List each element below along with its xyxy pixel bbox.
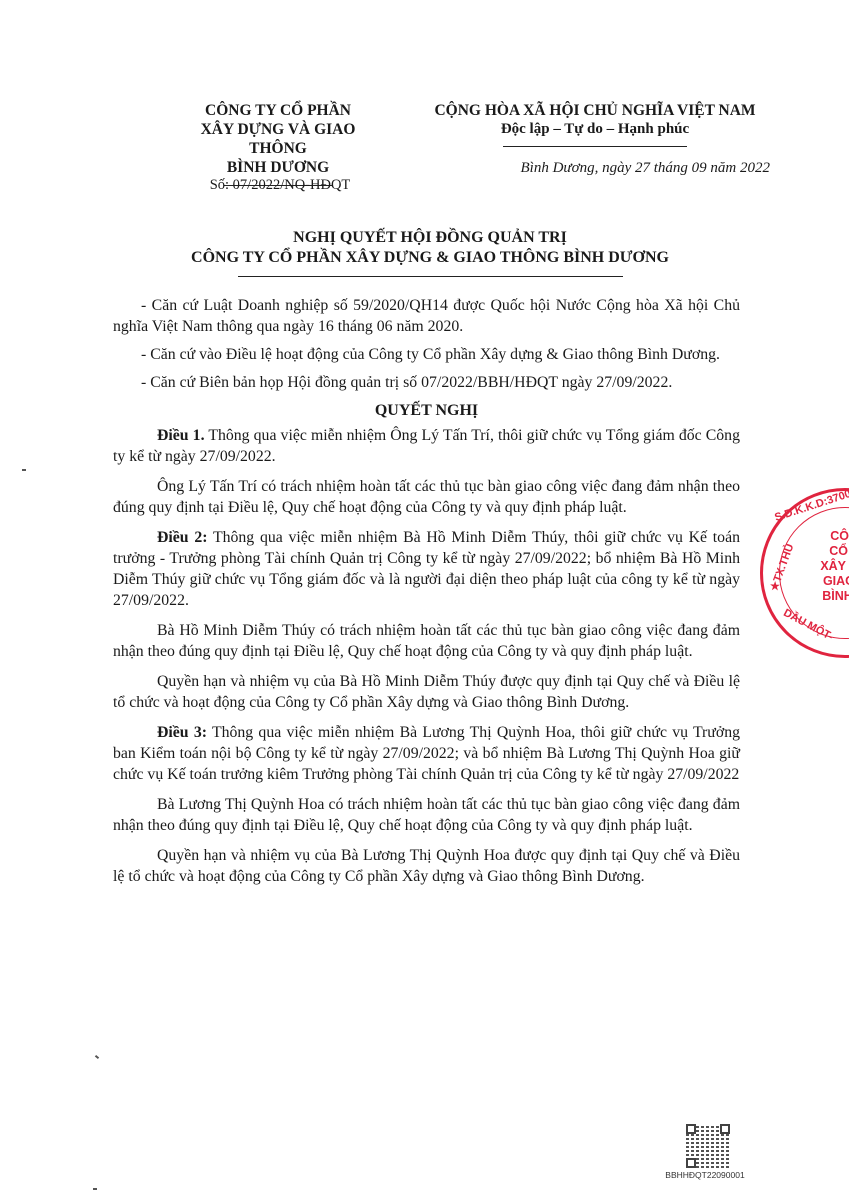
seal-center-text: CÔNG CỔ PH XÂY DỰN GIAO TH BÌNH DƯ bbox=[789, 529, 849, 604]
seal-line-3: XÂY DỰN bbox=[789, 559, 849, 574]
seal-line-5: BÌNH DƯ bbox=[789, 589, 849, 604]
article-2-paragraph-2: Quyền hạn và nhiệm vụ của Bà Hồ Minh Diễ… bbox=[113, 671, 740, 713]
company-seal: S.Đ.K.K.D:37004 ★TX.THỦ DẦU MỘT- CÔNG CỔ… bbox=[760, 488, 849, 658]
resolution-heading: QUYẾT NGHỊ bbox=[113, 400, 740, 421]
place-date: Bình Dương, ngày 27 tháng 09 năm 2022 bbox=[480, 160, 770, 177]
company-header: CÔNG TY CỔ PHẦN XÂY DỰNG VÀ GIAO THÔNG B… bbox=[178, 101, 378, 186]
title-rule bbox=[238, 276, 623, 277]
title-line-2: CÔNG TY CỔ PHẦN XÂY DỰNG & GIAO THÔNG BÌ… bbox=[100, 248, 760, 268]
article-3: Điều 3: Thông qua việc miễn nhiệm Bà Lươ… bbox=[113, 722, 740, 785]
basis-1: - Căn cứ Luật Doanh nghiệp số 59/2020/QH… bbox=[113, 295, 740, 337]
seal-line-2: CỔ PH bbox=[789, 544, 849, 559]
national-header-rule bbox=[503, 146, 687, 147]
article-1: Điều 1. Thông qua việc miễn nhiệm Ông Lý… bbox=[113, 425, 740, 467]
qr-code bbox=[686, 1124, 730, 1168]
qr-finder-bottom-left bbox=[686, 1158, 696, 1168]
scan-mark bbox=[93, 1188, 97, 1190]
basis-2: - Căn cứ vào Điều lệ hoạt động của Công … bbox=[113, 344, 740, 365]
document-title: NGHỊ QUYẾT HỘI ĐỒNG QUẢN TRỊ CÔNG TY CỔ … bbox=[100, 228, 760, 277]
document-number: Số: 07/2022/NQ-HĐQT bbox=[175, 177, 385, 194]
company-line-2: XÂY DỰNG VÀ GIAO THÔNG bbox=[178, 120, 378, 158]
document-body: - Căn cứ Luật Doanh nghiệp số 59/2020/QH… bbox=[113, 295, 740, 896]
national-title: CỘNG HÒA XÃ HỘI CHỦ NGHĨA VIỆT NAM bbox=[425, 101, 765, 120]
article-1-paragraph-1: Ông Lý Tấn Trí có trách nhiệm hoàn tất c… bbox=[113, 476, 740, 518]
qr-code-label: BBHHĐQT22090001 bbox=[660, 1170, 750, 1180]
company-line-3: BÌNH DƯƠNG bbox=[178, 158, 378, 177]
qr-finder-top-left bbox=[686, 1124, 696, 1134]
scan-mark bbox=[95, 1055, 99, 1059]
qr-finder-top-right bbox=[720, 1124, 730, 1134]
company-line-1: CÔNG TY CỔ PHẦN bbox=[178, 101, 378, 120]
article-3-label: Điều 3: bbox=[157, 724, 207, 741]
article-1-text: Thông qua việc miễn nhiệm Ông Lý Tấn Trí… bbox=[113, 427, 740, 465]
national-motto: Độc lập – Tự do – Hạnh phúc bbox=[425, 120, 765, 139]
article-3-paragraph-2: Quyền hạn và nhiệm vụ của Bà Lương Thị Q… bbox=[113, 845, 740, 887]
seal-line-1: CÔNG bbox=[789, 529, 849, 544]
article-2: Điều 2: Thông qua việc miễn nhiệm Bà Hồ … bbox=[113, 527, 740, 611]
article-3-paragraph-1: Bà Lương Thị Quỳnh Hoa có trách nhiệm ho… bbox=[113, 794, 740, 836]
article-3-text: Thông qua việc miễn nhiệm Bà Lương Thị Q… bbox=[113, 724, 740, 783]
article-2-paragraph-1: Bà Hồ Minh Diễm Thúy có trách nhiệm hoàn… bbox=[113, 620, 740, 662]
article-1-label: Điều 1. bbox=[157, 427, 205, 444]
basis-3: - Căn cứ Biên bản họp Hội đồng quản trị … bbox=[113, 372, 740, 393]
seal-line-4: GIAO TH bbox=[789, 574, 849, 589]
title-line-1: NGHỊ QUYẾT HỘI ĐỒNG QUẢN TRỊ bbox=[100, 228, 760, 248]
article-2-text: Thông qua việc miễn nhiệm Bà Hồ Minh Diễ… bbox=[113, 529, 740, 609]
scan-mark bbox=[22, 469, 26, 471]
article-2-label: Điều 2: bbox=[157, 529, 208, 546]
national-header: CỘNG HÒA XÃ HỘI CHỦ NGHĨA VIỆT NAM Độc l… bbox=[425, 101, 765, 147]
